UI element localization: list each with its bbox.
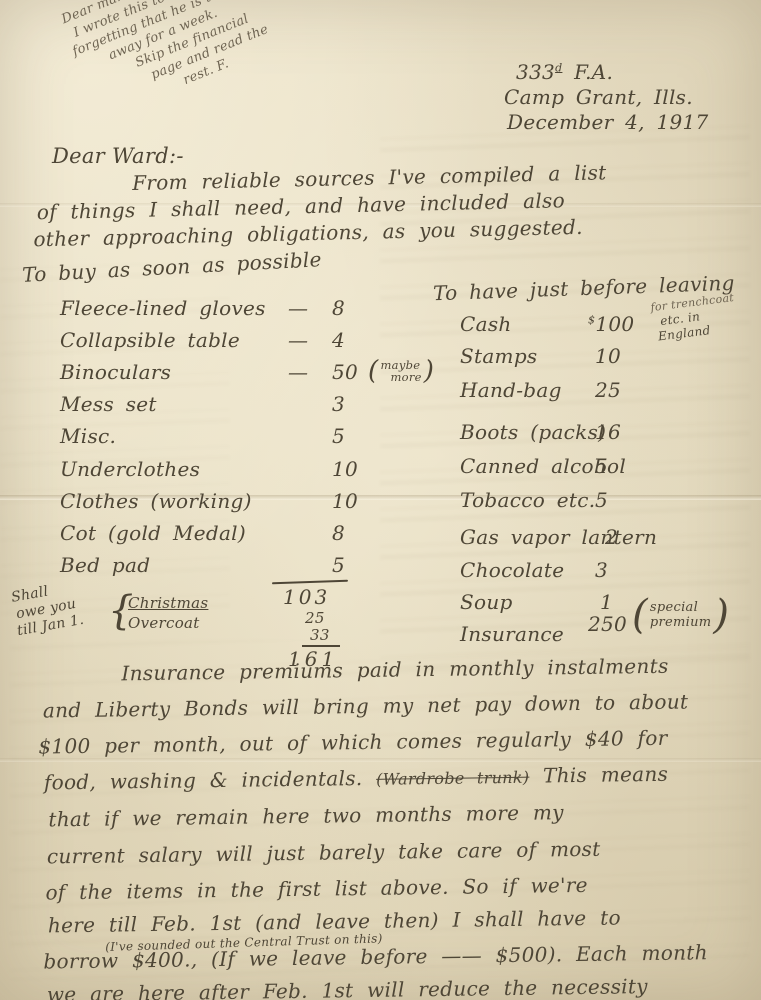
item-label: Gas vapor lantern bbox=[460, 525, 657, 549]
item-amount: $100 bbox=[588, 312, 634, 336]
item-amount: 5 bbox=[332, 424, 345, 448]
body-text: food, washing & incidentals. bbox=[44, 766, 363, 794]
list-item: Collapsible table — 4 bbox=[60, 328, 460, 354]
item-label: Soup bbox=[460, 590, 513, 614]
item-amount: 5 bbox=[595, 454, 608, 478]
item-amount: 10 bbox=[332, 457, 358, 481]
item-label: Binoculars bbox=[60, 360, 171, 384]
item-label: Collapsible table bbox=[60, 328, 240, 352]
list-item: Fleece-lined gloves — 8 bbox=[60, 296, 460, 322]
item-amount: 8 bbox=[332, 296, 345, 320]
note-line: more bbox=[380, 371, 421, 383]
item-label: Clothes (working) bbox=[60, 489, 252, 513]
owe-item-christmas: Christmas bbox=[128, 594, 208, 612]
insurance-note: ( special premium ) bbox=[632, 592, 729, 638]
item-label: Chocolate bbox=[460, 558, 564, 582]
list-item: Chocolate 3 bbox=[460, 558, 760, 584]
item-amount: 3 bbox=[595, 558, 608, 582]
list-item: Boots (packs) 16 bbox=[460, 420, 760, 446]
salutation: Dear Ward:- bbox=[52, 144, 184, 168]
item-label: Fleece-lined gloves bbox=[60, 296, 266, 320]
unit-number: 333 bbox=[516, 60, 555, 84]
item-label: Stamps bbox=[460, 344, 538, 368]
list-item: Stamps 10 bbox=[460, 344, 760, 370]
item-amount: 8 bbox=[332, 521, 345, 545]
list-item: Canned alcohol 5 bbox=[460, 454, 760, 480]
item-label: Misc. bbox=[60, 424, 116, 448]
close-paren: ) bbox=[713, 592, 729, 638]
item-amount: 250 bbox=[588, 612, 627, 636]
list-item: Bed pad 5 bbox=[60, 553, 460, 579]
christmas-amount: 25 bbox=[305, 609, 325, 627]
list-item: Misc. 5 bbox=[60, 424, 460, 450]
item-amount: 5 bbox=[595, 488, 608, 512]
list-item: Mess set 3 bbox=[60, 392, 460, 418]
item-label: Cot (gold Medal) bbox=[60, 521, 246, 545]
list-item: Cot (gold Medal) 8 bbox=[60, 521, 460, 547]
item-amount: 25 bbox=[595, 378, 621, 402]
item-amount: 16 bbox=[595, 420, 621, 444]
item-label: Insurance bbox=[460, 622, 564, 646]
maybe-more-note: ( maybemore ) bbox=[368, 356, 434, 386]
unit-branch: F.A. bbox=[562, 60, 613, 84]
item-label: Bed pad bbox=[60, 553, 150, 577]
item-amount: 1 bbox=[600, 590, 613, 614]
overcoat-amount: 33 bbox=[302, 626, 340, 647]
item-amount: 4 bbox=[332, 328, 345, 352]
item-dash: — bbox=[288, 296, 308, 320]
item-label: Mess set bbox=[60, 392, 157, 416]
item-amount: 10 bbox=[595, 344, 621, 368]
struck-text: (Wardrobe trunk) bbox=[376, 768, 529, 789]
list-item: Hand-bag 25 bbox=[460, 378, 760, 404]
list-item: Clothes (working) 10 bbox=[60, 489, 460, 515]
body-text: This means bbox=[543, 762, 668, 788]
item-label: Boots (packs) bbox=[460, 420, 606, 444]
close-paren: ) bbox=[424, 356, 434, 386]
list-item: Underclothes 10 bbox=[60, 457, 460, 483]
item-dash: — bbox=[288, 360, 308, 384]
open-paren: ( bbox=[368, 356, 378, 386]
note-line: premium bbox=[650, 615, 712, 630]
item-label: Cash bbox=[460, 312, 512, 336]
item-label: Underclothes bbox=[60, 457, 200, 481]
list-item: Tobacco etc. 5 bbox=[460, 488, 760, 514]
location-line: Camp Grant, Ills. bbox=[504, 85, 693, 109]
unit-line: 333d F.A. bbox=[516, 60, 613, 84]
item-label: Tobacco etc. bbox=[460, 488, 595, 512]
date-line: December 4, 1917 bbox=[507, 110, 709, 134]
owe-item-overcoat: Overcoat bbox=[128, 614, 200, 632]
cash-note: for trenchcoat etc. in England bbox=[650, 291, 738, 342]
item-amount: 50 bbox=[332, 360, 358, 384]
item-amount: 3 bbox=[332, 392, 345, 416]
owe-note: Shall owe you till Jan 1. bbox=[10, 578, 85, 637]
item-amount: 2 bbox=[605, 525, 618, 549]
item-amount: 5 bbox=[332, 553, 345, 577]
open-paren: ( bbox=[632, 592, 648, 638]
subtotal: 103 bbox=[283, 585, 330, 609]
letter-page: { "pencil_note": { "lines": [ "Dear mamm… bbox=[0, 0, 761, 1000]
item-dash: — bbox=[288, 328, 308, 352]
item-label: Hand-bag bbox=[460, 378, 562, 402]
list-item: Gas vapor lantern 2 bbox=[460, 525, 760, 551]
list-item: Binoculars — 50 ( maybemore ) bbox=[60, 360, 460, 386]
amount-value: 100 bbox=[595, 312, 634, 336]
item-amount: 10 bbox=[332, 489, 358, 513]
note-line: special bbox=[650, 600, 712, 615]
